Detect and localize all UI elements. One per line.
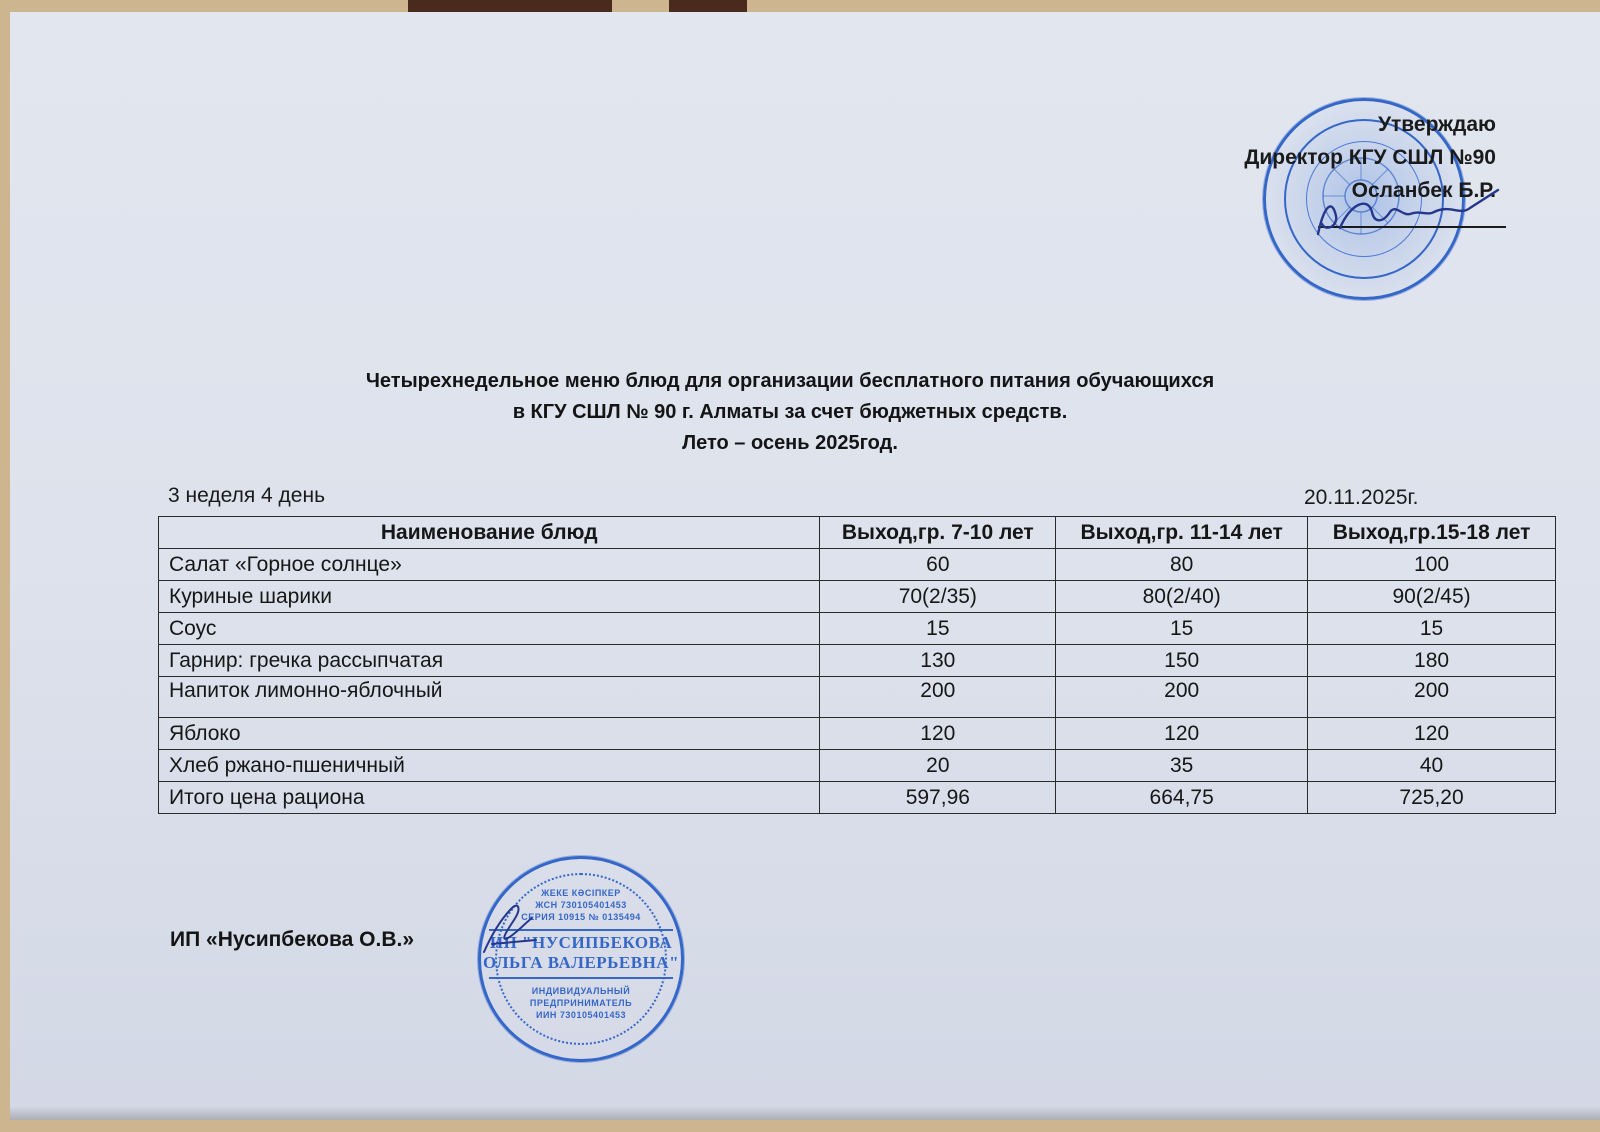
total-7-10: 597,96 xyxy=(820,782,1056,814)
table-row: Яблоко 120 120 120 xyxy=(159,718,1556,750)
yield-15-18: 40 xyxy=(1308,750,1556,782)
director-signature-icon xyxy=(1310,186,1510,242)
supplier-signature-icon xyxy=(478,898,548,958)
table-row: Хлеб ржано-пшеничный 20 35 40 xyxy=(159,750,1556,782)
paper-shadow xyxy=(10,1106,1600,1120)
header-yield-11-14: Выход,гр. 11-14 лет xyxy=(1056,517,1308,549)
yield-11-14: 15 xyxy=(1056,613,1308,645)
table-row: Соус 15 15 15 xyxy=(159,613,1556,645)
desk-edge-left xyxy=(408,0,612,13)
menu-date: 20.11.2025г. xyxy=(1304,486,1418,510)
desk-edge-right xyxy=(669,0,747,13)
yield-7-10: 15 xyxy=(820,613,1056,645)
dish-name: Соус xyxy=(159,613,820,645)
total-11-14: 664,75 xyxy=(1056,782,1308,814)
dish-name: Напиток лимонно-яблочный xyxy=(159,677,820,718)
table-row: Салат «Горное солнце» 60 80 100 xyxy=(159,549,1556,581)
yield-11-14: 200 xyxy=(1056,677,1308,718)
yield-7-10: 120 xyxy=(820,718,1056,750)
approval-position: Директор КГУ СШЛ №90 xyxy=(1244,141,1496,174)
yield-15-18: 15 xyxy=(1308,613,1556,645)
table-total-row: Итого цена рациона 597,96 664,75 725,20 xyxy=(159,782,1556,814)
stamp-band-bottom xyxy=(489,977,673,979)
yield-11-14: 80(2/40) xyxy=(1056,581,1308,613)
yield-15-18: 90(2/45) xyxy=(1308,581,1556,613)
document-title: Четырехнедельное меню блюд для организац… xyxy=(0,366,1600,459)
title-line-1: Четырехнедельное меню блюд для организац… xyxy=(0,366,1600,397)
stamp-text-bottom3: ИИН 730105401453 xyxy=(481,1009,681,1021)
yield-7-10: 70(2/35) xyxy=(820,581,1056,613)
yield-7-10: 130 xyxy=(820,645,1056,677)
total-label: Итого цена рациона xyxy=(159,782,820,814)
dish-name: Куриные шарики xyxy=(159,581,820,613)
yield-15-18: 120 xyxy=(1308,718,1556,750)
table-row: Напиток лимонно-яблочный 200 200 200 xyxy=(159,677,1556,718)
supplier-stamp: ЖЕКЕ КӘСІПКЕР ЖСН 730105401453 СЕРИЯ 109… xyxy=(478,856,684,1062)
stamp-text-bottom2: ПРЕДПРИНИМАТЕЛЬ xyxy=(481,997,681,1009)
week-day-label: 3 неделя 4 день xyxy=(168,484,325,508)
yield-7-10: 200 xyxy=(820,677,1056,718)
stamp-text-bottom1: ИНДИВИДУАЛЬНЫЙ xyxy=(481,985,681,997)
yield-15-18: 200 xyxy=(1308,677,1556,718)
total-15-18: 725,20 xyxy=(1308,782,1556,814)
header-yield-15-18: Выход,гр.15-18 лет xyxy=(1308,517,1556,549)
menu-table: Наименование блюд Выход,гр. 7-10 лет Вых… xyxy=(158,516,1556,814)
yield-7-10: 60 xyxy=(820,549,1056,581)
approval-heading: Утверждаю xyxy=(1244,108,1496,141)
yield-15-18: 180 xyxy=(1308,645,1556,677)
yield-11-14: 120 xyxy=(1056,718,1308,750)
yield-11-14: 150 xyxy=(1056,645,1308,677)
header-dish-name: Наименование блюд xyxy=(159,517,820,549)
title-line-2: в КГУ СШЛ № 90 г. Алматы за счет бюджетн… xyxy=(0,397,1600,428)
yield-11-14: 80 xyxy=(1056,549,1308,581)
supplier-name: ИП «Нусипбекова О.В.» xyxy=(170,928,414,952)
yield-7-10: 20 xyxy=(820,750,1056,782)
title-line-3: Лето – осень 2025год. xyxy=(0,428,1600,459)
table-row: Гарнир: гречка рассыпчатая 130 150 180 xyxy=(159,645,1556,677)
dish-name: Гарнир: гречка рассыпчатая xyxy=(159,645,820,677)
dish-name: Хлеб ржано-пшеничный xyxy=(159,750,820,782)
table-header-row: Наименование блюд Выход,гр. 7-10 лет Вых… xyxy=(159,517,1556,549)
yield-11-14: 35 xyxy=(1056,750,1308,782)
header-yield-7-10: Выход,гр. 7-10 лет xyxy=(820,517,1056,549)
dish-name: Яблоко xyxy=(159,718,820,750)
table-row: Куриные шарики 70(2/35) 80(2/40) 90(2/45… xyxy=(159,581,1556,613)
dish-name: Салат «Горное солнце» xyxy=(159,549,820,581)
yield-15-18: 100 xyxy=(1308,549,1556,581)
